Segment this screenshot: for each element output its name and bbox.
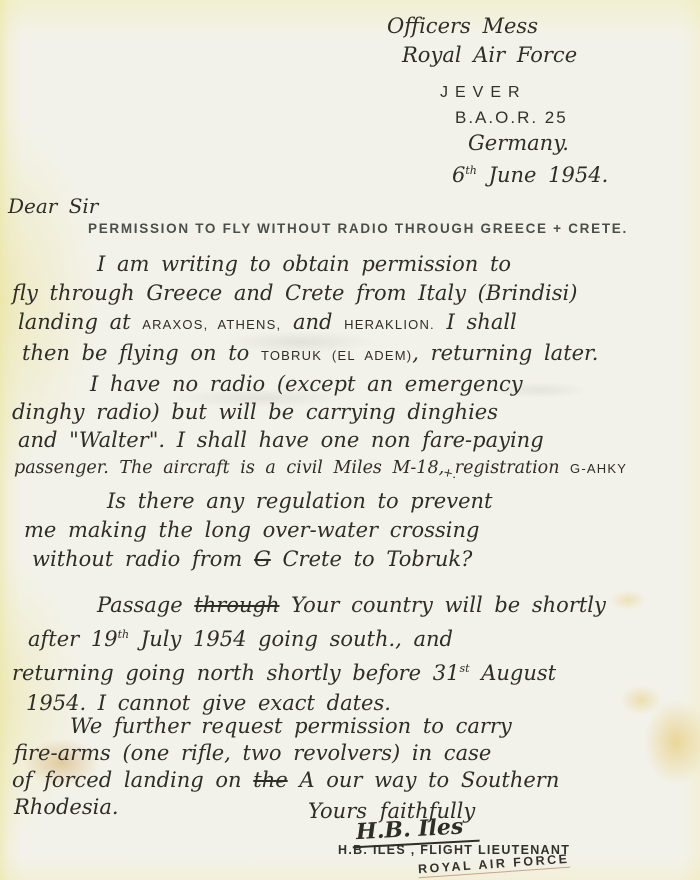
date-month-year: June 1954. [477,163,608,187]
paragraph-1: I am writing to obtain permission to fly… [12,250,692,370]
body-line: fly through Greece and Crete from Italy … [12,279,692,308]
body-line: We further request permission to carry [12,713,692,740]
subject-line: PERMISSION TO FLY WITHOUT RADIO THROUGH … [88,221,628,236]
text-segment: landing at [18,310,142,334]
superscript-ordinal: st [459,662,469,675]
sender-line-2: Royal Air Force [402,43,577,67]
text-segment: July 1954 going south., and [129,627,453,651]
strikethrough-word: G [254,547,271,571]
body-line: returning going north shortly before 31s… [12,654,692,688]
destination-caps: TOBRUK (EL ADEM) [261,348,412,363]
body-line: I have no radio (except an emergency [12,370,692,398]
registration-caps: G-AHKY [570,461,627,476]
insertion-caret-mark: +. [442,465,458,482]
body-line: without radio from G Crete to Tobruk? [12,545,692,574]
strikethrough-word: the [253,768,287,792]
scanned-letter-page: Officers Mess Royal Air Force JEVER B.A.… [0,0,700,880]
text-segment: August [470,661,557,685]
country-line: Germany. [468,131,569,155]
text-segment: Passage [97,593,194,617]
text-segment: without radio from [32,547,254,571]
bafo-line: B.A.O.R. 25 [455,108,568,128]
body-line: Is there any regulation to prevent [12,487,692,516]
body-line: Passage through Your country will be sho… [12,590,692,620]
text-segment: A our way to Southern [288,768,560,792]
text-segment: , returning later. [412,341,598,365]
body-line: then be flying on to TOBRUK (EL ADEM), r… [12,339,692,370]
body-line: I am writing to obtain permission to [12,250,692,279]
airfield-caps: HERAKLION. [344,317,435,332]
body-line: me making the long over-water crossing [12,516,692,545]
text-segment: passenger. The aircraft is a civil Miles… [14,458,570,478]
body-line: after 19th July 1954 going south., and [12,620,692,654]
paragraph-2: I have no radio (except an emergency din… [12,370,692,483]
date-ordinal: th [465,164,477,177]
airfields-caps: ARAXOS, ATHENS, [142,317,281,332]
body-line: fire-arms (one rifle, two revolvers) in … [12,740,692,767]
station-line: JEVER [440,84,527,102]
body-line: passenger. The aircraft is a civil Miles… [12,454,692,483]
date-day: 6 [452,163,465,187]
paragraph-3: Is there any regulation to prevent me ma… [12,487,692,574]
sender-line-1: Officers Mess [387,14,538,38]
text-segment: of forced landing on [12,768,253,792]
superscript-ordinal: th [118,628,130,641]
text-segment: Your country will be shortly [279,593,605,617]
paragraph-4: Passage through Your country will be sho… [12,590,692,718]
body-line: and "Walter". I shall have one non fare-… [12,426,692,454]
body-line: of forced landing on the A our way to So… [12,767,692,794]
text-segment: I shall [435,310,517,334]
text-segment: Crete to Tobruk? [271,547,473,571]
text-segment: then be flying on to [22,341,261,365]
text-segment: and [281,310,344,334]
text-segment: returning going north shortly before 31 [12,661,459,685]
text-segment: after 19 [28,627,118,651]
body-line: landing at ARAXOS, ATHENS, and HERAKLION… [12,308,692,339]
strikethrough-word: through [194,593,279,617]
date-line: 6th June 1954. [452,163,608,187]
body-line: dinghy radio) but will be carrying dingh… [12,398,692,426]
salutation: Dear Sir [8,194,98,218]
